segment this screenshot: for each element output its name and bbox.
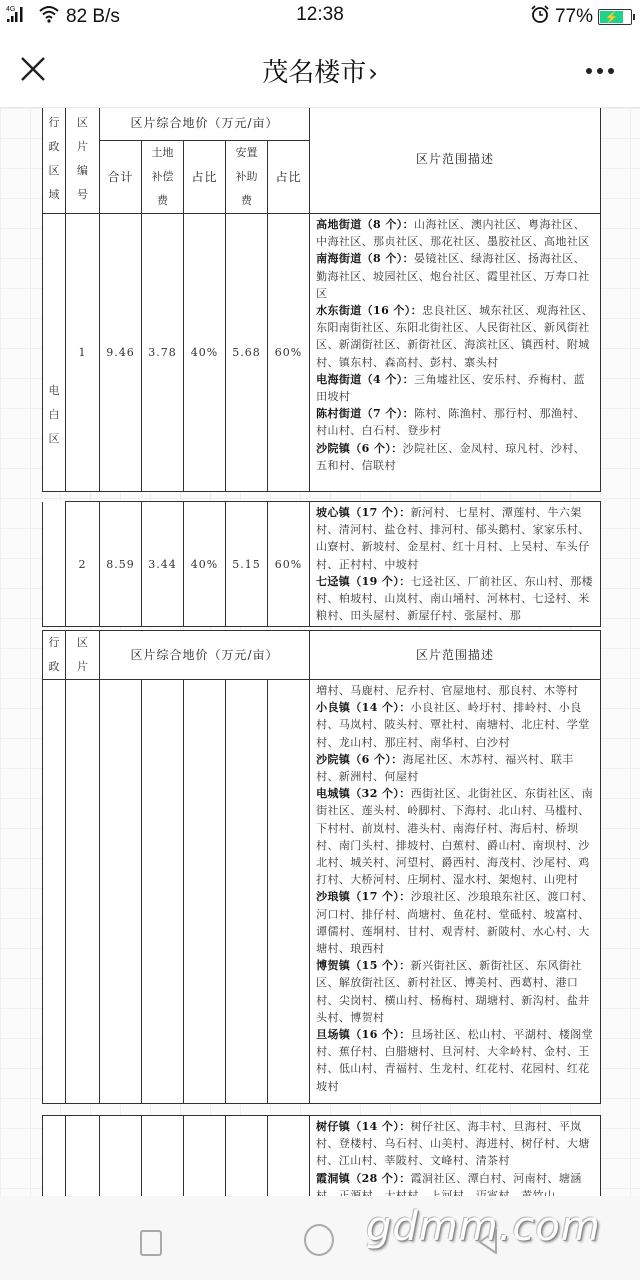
header-description: 区片范围描述 [310, 631, 601, 680]
land-price-table-page-4: 树仔镇（14 个）：树仔社区、海丰村、旦海村、平岚村、登楼村、乌石村、山美村、海… [42, 1115, 601, 1196]
land-comp-cell-empty [142, 1116, 184, 1197]
ratio2-cell: 60% [268, 502, 310, 627]
header-price-group: 区片综合地价（万元/亩） [100, 631, 310, 680]
total-price-cell-empty [100, 1116, 142, 1197]
zone-no-cell: 1 [66, 214, 100, 492]
zone-description-cell: 高地街道（8 个）：山海社区、澳内社区、粤海社区、中海社区、那贞社区、那花社区、… [310, 214, 601, 492]
description-entry: 霞洞镇（28 个）：霞洞社区、潭白村、河南村、塘涵村、正源村、大村村、上河村、迈… [316, 1170, 596, 1196]
zone-description-cell: 坡心镇（17 个）：新河村、七星村、潭莲村、牛六架村、清河村、盐仓村、排河村、郁… [310, 502, 601, 627]
ratio1-cell: 40% [184, 502, 226, 627]
header-ratio-2: 占比 [268, 141, 310, 214]
description-entry: 沙院镇（6 个）：沙院社区、金凤村、琼凡村、沙村、五和村、信联村 [316, 440, 596, 474]
description-entry: 沙琅镇（17 个）：沙琅社区、沙琅琅东社区、渡口村、河口村、排仔村、尚塘村、鱼花… [316, 888, 596, 957]
resettle-cell: 5.15 [226, 502, 268, 627]
land-comp-cell: 3.78 [142, 214, 184, 492]
description-entry: 博贺镇（15 个）：新兴街社区、新街社区、东风街社区、解放街社区、新村社区、博美… [316, 957, 596, 1026]
total-price-cell-empty [100, 680, 142, 1104]
description-entry: 电海街道（4 个）：三角墟社区、安乐村、乔梅村、蓝田坡村 [316, 371, 596, 405]
region-cell: 电白区 [43, 214, 66, 492]
watermark: gdmm.com [366, 1204, 601, 1250]
description-entry: 陈村街道（7 个）：陈村、陈渔村、那行村、那渔村、村山村、白石村、登步村 [316, 405, 596, 439]
region-cell-continued [43, 680, 66, 1104]
land-price-table-page-1: 行政区域 区片编号 区片综合地价（万元/亩） 区片范围描述 合计 土地补偿费 占… [42, 108, 601, 492]
status-right: 77% ⚡ [530, 4, 632, 30]
ratio1-cell: 40% [184, 214, 226, 492]
account-title-link[interactable]: 茂名楼市› [0, 52, 640, 89]
recent-apps-button[interactable] [140, 1230, 162, 1256]
more-dot-icon [586, 68, 592, 74]
description-entry: 南海街道（8 个）：晏镜社区、绿海社区、扬海社区、勤海社区、坡园社区、炮台社区、… [316, 250, 596, 302]
description-entry: 七迳镇（19 个）：七迳社区、厂前社区、东山村、那楼村、柏坡村、山岚村、南山埇村… [316, 573, 596, 625]
status-bar: 4G 82 B/s 12:38 77% [0, 0, 640, 34]
ratio1-cell-empty [184, 1116, 226, 1197]
description-entry: 电城镇（32 个）：西街社区、北街社区、东街社区、南街社区、莲头村、岭脚村、下海… [316, 785, 596, 888]
description-entry: 旦场镇（16 个）：旦场社区、松山村、平湖村、楼阁堂村、蕉仔村、白腊塘村、旦河村… [316, 1026, 596, 1095]
land-price-table-page-2: 2 8.59 3.44 40% 5.15 60% 坡心镇（17 个）：新河村、七… [42, 501, 601, 627]
header-total: 合计 [100, 141, 142, 214]
header-land-compensation: 土地补偿费 [142, 141, 184, 214]
alarm-clock-icon [530, 4, 550, 30]
zone-no-cell-empty [66, 1116, 100, 1197]
description-entry: 小良镇（14 个）：小良社区、岭圩村、排岭村、小良村、马岚村、陂头村、覃社村、南… [316, 699, 596, 751]
app-nav-bar: 茂名楼市› [0, 34, 640, 108]
ratio2-cell: 60% [268, 214, 310, 492]
zone-no-cell-empty [66, 680, 100, 1104]
header-ratio-1: 占比 [184, 141, 226, 214]
chevron-right-icon: › [368, 59, 378, 87]
more-dot-icon [597, 68, 603, 74]
land-comp-cell: 3.44 [142, 502, 184, 627]
battery-charging-icon: ⚡ [600, 11, 623, 23]
ratio2-cell-empty [268, 680, 310, 1104]
header-description: 区片范围描述 [310, 108, 601, 214]
description-entry: 树仔镇（14 个）：树仔社区、海丰村、旦海村、平岚村、登楼村、乌石村、山美村、海… [316, 1118, 596, 1170]
resettle-cell: 5.68 [226, 214, 268, 492]
header-zone-no: 区片编号 [66, 108, 100, 214]
zone-description-cell: 树仔镇（14 个）：树仔社区、海丰村、旦海村、平岚村、登楼村、乌石村、山美村、海… [310, 1116, 601, 1197]
resettle-cell-empty [226, 680, 268, 1104]
description-entry: 坡心镇（17 个）：新河村、七星村、潭莲村、牛六架村、清河村、盐仓村、排河村、郁… [316, 504, 596, 573]
total-price-cell: 8.59 [100, 502, 142, 627]
total-price-cell: 9.46 [100, 214, 142, 492]
more-dot-icon [608, 68, 614, 74]
article-content[interactable]: 行政区域 区片编号 区片综合地价（万元/亩） 区片范围描述 合计 土地补偿费 占… [0, 108, 640, 1196]
description-entry: 沙院镇（6 个）：海尾社区、木苏村、福兴村、联丰村、新洲村、何屋村 [316, 751, 596, 785]
land-comp-cell-empty [142, 680, 184, 1104]
land-price-table-page-3: 行政 区片 区片综合地价（万元/亩） 区片范围描述 増村、马鹿村、尼乔村、官屋地… [42, 630, 601, 1104]
home-button[interactable] [304, 1224, 334, 1256]
battery-icon: ⚡ [598, 9, 632, 25]
page-title: 茂名楼市 [262, 58, 366, 88]
description-entry: 高地街道（8 个）：山海社区、澳内社区、粤海社区、中海社区、那贞社区、那花社区、… [316, 216, 596, 250]
battery-percent: 77% [555, 6, 593, 28]
zone-no-cell: 2 [66, 502, 100, 627]
header-region: 行政区域 [43, 108, 66, 214]
resettle-cell-empty [226, 1116, 268, 1197]
region-cell-continued [43, 502, 66, 627]
description-entry: 増村、马鹿村、尼乔村、官屋地村、那良村、木等村 [316, 682, 596, 699]
more-options-button[interactable] [586, 68, 614, 74]
header-zone-partial: 区片 [66, 631, 100, 680]
header-resettlement-subsidy: 安置补助费 [226, 141, 268, 214]
ratio1-cell-empty [184, 680, 226, 1104]
description-entry: 水东街道（16 个）：忠良社区、城东社区、观海社区、东阳南街社区、东阳北街社区、… [316, 302, 596, 371]
header-region-partial: 行政 [43, 631, 66, 680]
header-price-group: 区片综合地价（万元/亩） [100, 108, 310, 141]
region-cell-continued [43, 1116, 66, 1197]
zone-description-cell: 増村、马鹿村、尼乔村、官屋地村、那良村、木等村 小良镇（14 个）：小良社区、岭… [310, 680, 601, 1104]
system-navigation-bar: gdmm.com [0, 1196, 640, 1280]
ratio2-cell-empty [268, 1116, 310, 1197]
